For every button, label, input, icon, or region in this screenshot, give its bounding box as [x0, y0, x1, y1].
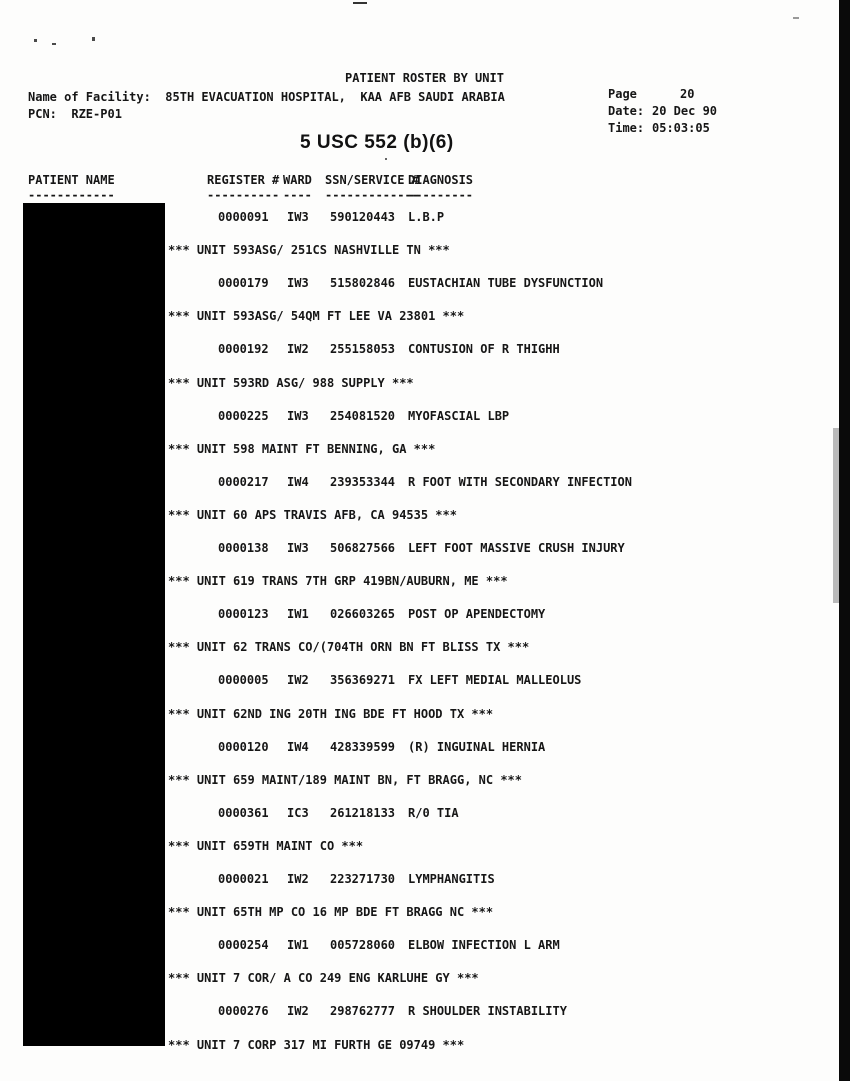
diagnosis-text: LEFT FOOT MASSIVE CRUSH INJURY: [408, 541, 625, 555]
time-value: 05:03:05: [652, 121, 710, 135]
register-number: 0000021: [218, 872, 269, 886]
ward-code: IW1: [287, 607, 309, 621]
document-page: PATIENT ROSTER BY UNIT Name of Facility:…: [0, 0, 850, 1081]
ward-code: IW3: [287, 409, 309, 423]
column-underline: ----------: [207, 188, 279, 202]
column-header-patient-name: PATIENT NAME: [28, 173, 115, 187]
ssn-number: 223271730: [330, 872, 395, 886]
diagnosis-text: FX LEFT MEDIAL MALLEOLUS: [408, 673, 581, 687]
page-title: PATIENT ROSTER BY UNIT: [345, 71, 504, 85]
ward-code: IW2: [287, 673, 309, 687]
ward-code: IW3: [287, 541, 309, 555]
diagnosis-text: R SHOULDER INSTABILITY: [408, 1004, 567, 1018]
register-number: 0000217: [218, 475, 269, 489]
diagnosis-text: L.B.P: [408, 210, 444, 224]
column-underline: ----: [283, 188, 312, 202]
scan-artifact: [34, 39, 37, 42]
diagnosis-text: R/0 TIA: [408, 806, 459, 820]
ssn-number: 255158053: [330, 342, 395, 356]
register-number: 0000005: [218, 673, 269, 687]
column-underline: -------------: [325, 188, 419, 202]
unit-label: *** UNIT 62ND ING 20TH ING BDE FT HOOD T…: [168, 707, 493, 721]
unit-label: *** UNIT 659TH MAINT CO ***: [168, 839, 363, 853]
register-number: 0000192: [218, 342, 269, 356]
page-number-value: 20: [680, 87, 694, 101]
ssn-number: 261218133: [330, 806, 395, 820]
register-number: 0000179: [218, 276, 269, 290]
ward-code: IW4: [287, 475, 309, 489]
register-number: 0000123: [218, 607, 269, 621]
column-underline: ---------: [408, 188, 473, 202]
ssn-number: 590120443: [330, 210, 395, 224]
column-header-ward: WARD: [283, 173, 312, 187]
diagnosis-text: ELBOW INFECTION L ARM: [408, 938, 560, 952]
page-edge-bar: [839, 0, 850, 1081]
ssn-number: 356369271: [330, 673, 395, 687]
unit-label: *** UNIT 659 MAINT/189 MAINT BN, FT BRAG…: [168, 773, 522, 787]
scan-artifact: [385, 158, 387, 160]
register-number: 0000361: [218, 806, 269, 820]
ward-code: IW2: [287, 342, 309, 356]
column-header-diagnosis: DIAGNOSIS: [408, 173, 473, 187]
ward-code: IW3: [287, 276, 309, 290]
diagnosis-text: EUSTACHIAN TUBE DYSFUNCTION: [408, 276, 603, 290]
ward-code: IW2: [287, 1004, 309, 1018]
scan-artifact: [92, 37, 95, 41]
foia-exemption-stamp: 5 USC 552 (b)(6): [300, 132, 454, 154]
unit-label: *** UNIT 65TH MP CO 16 MP BDE FT BRAGG N…: [168, 905, 493, 919]
unit-label: *** UNIT 593RD ASG/ 988 SUPPLY ***: [168, 376, 414, 390]
pcn-line: PCN: RZE-P01: [28, 107, 122, 121]
pcn-label: PCN:: [28, 107, 57, 121]
ward-code: IW4: [287, 740, 309, 754]
pcn-value: RZE-P01: [71, 107, 122, 121]
register-number: 0000138: [218, 541, 269, 555]
unit-label: *** UNIT 7 CORP 317 MI FURTH GE 09749 **…: [168, 1038, 464, 1052]
ward-code: IW2: [287, 872, 309, 886]
facility-line: Name of Facility: 85TH EVACUATION HOSPIT…: [28, 90, 505, 104]
register-number: 0000120: [218, 740, 269, 754]
time-label: Time:: [608, 121, 644, 135]
ssn-number: 515802846: [330, 276, 395, 290]
unit-label: *** UNIT 7 COR/ A CO 249 ENG KARLUHE GY …: [168, 971, 479, 985]
column-underline: ------------: [28, 188, 115, 202]
page-number-label: Page: [608, 87, 637, 101]
register-number: 0000254: [218, 938, 269, 952]
ssn-number: 026603265: [330, 607, 395, 621]
register-number: 0000276: [218, 1004, 269, 1018]
unit-label: *** UNIT 593ASG/ 251CS NASHVILLE TN ***: [168, 243, 450, 257]
unit-label: *** UNIT 62 TRANS CO/(704TH ORN BN FT BL…: [168, 640, 529, 654]
date-label: Date:: [608, 104, 644, 118]
ssn-number: 254081520: [330, 409, 395, 423]
unit-label: *** UNIT 593ASG/ 54QM FT LEE VA 23801 **…: [168, 309, 464, 323]
scan-artifact: [793, 17, 799, 19]
column-header-ssn: SSN/SERVICE #: [325, 173, 419, 187]
register-number: 0000091: [218, 210, 269, 224]
ssn-number: 506827566: [330, 541, 395, 555]
diagnosis-text: (R) INGUINAL HERNIA: [408, 740, 545, 754]
column-header-register: REGISTER #: [207, 173, 279, 187]
redaction-bar: [23, 203, 165, 1046]
ward-code: IW3: [287, 210, 309, 224]
diagnosis-text: POST OP APENDECTOMY: [408, 607, 545, 621]
ward-code: IC3: [287, 806, 309, 820]
unit-label: *** UNIT 619 TRANS 7TH GRP 419BN/AUBURN,…: [168, 574, 508, 588]
register-number: 0000225: [218, 409, 269, 423]
scan-artifact: [353, 2, 367, 4]
ssn-number: 428339599: [330, 740, 395, 754]
date-value: 20 Dec 90: [652, 104, 717, 118]
diagnosis-text: LYMPHANGITIS: [408, 872, 495, 886]
ward-code: IW1: [287, 938, 309, 952]
unit-label: *** UNIT 60 APS TRAVIS AFB, CA 94535 ***: [168, 508, 457, 522]
unit-label: *** UNIT 598 MAINT FT BENNING, GA ***: [168, 442, 435, 456]
diagnosis-text: R FOOT WITH SECONDARY INFECTION: [408, 475, 632, 489]
ssn-number: 239353344: [330, 475, 395, 489]
facility-value: 85TH EVACUATION HOSPITAL, KAA AFB SAUDI …: [165, 90, 505, 104]
ssn-number: 298762777: [330, 1004, 395, 1018]
ssn-number: 005728060: [330, 938, 395, 952]
facility-label: Name of Facility:: [28, 90, 151, 104]
scan-artifact: [52, 43, 56, 45]
diagnosis-text: CONTUSION OF R THIGHH: [408, 342, 560, 356]
diagnosis-text: MYOFASCIAL LBP: [408, 409, 509, 423]
